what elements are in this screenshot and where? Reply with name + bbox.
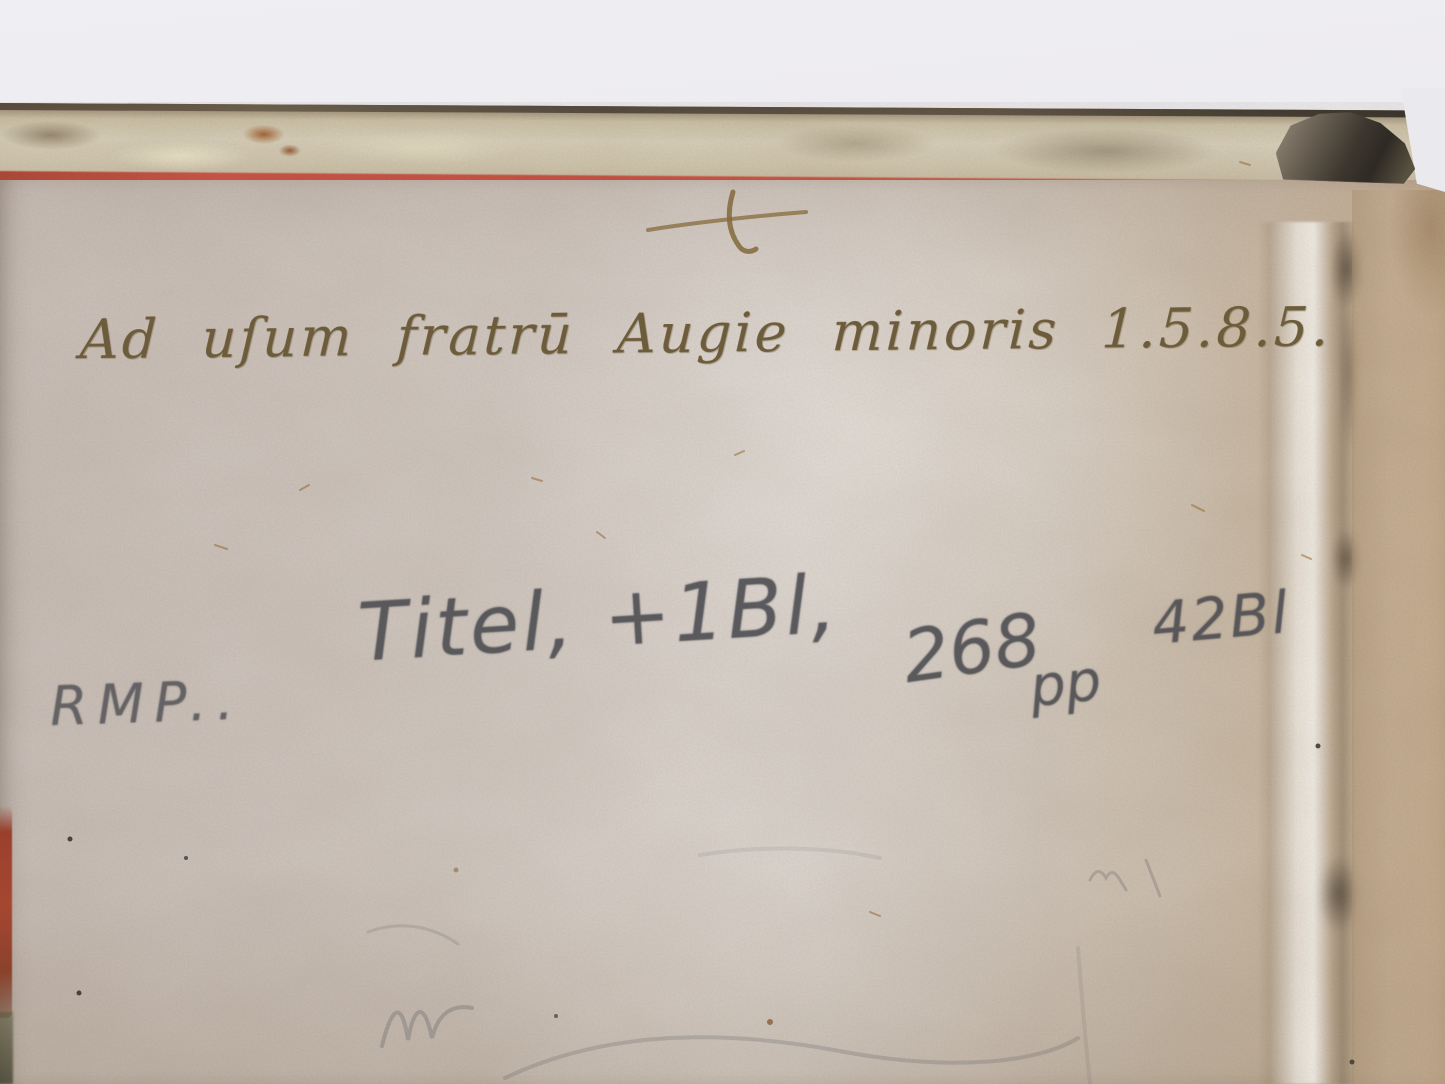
- red-edge-line-left: [0, 806, 12, 1018]
- fore-edge-tan-strip: [1352, 190, 1445, 1084]
- bottom-left-edge-stain: [0, 1012, 13, 1084]
- ink-ownership-inscription: Ad uſum fratrū Augie minoris 1.5.8.5.: [79, 296, 1272, 371]
- pencil-initials: RMP..: [49, 669, 245, 739]
- photo-of-book-pastedown: Ad uſum fratrū Augie minoris 1.5.8.5. Ti…: [0, 0, 1445, 1084]
- pencil-collation-leaves: 42Bl: [1149, 578, 1292, 658]
- pencil-collation-pp: pp: [1027, 648, 1104, 720]
